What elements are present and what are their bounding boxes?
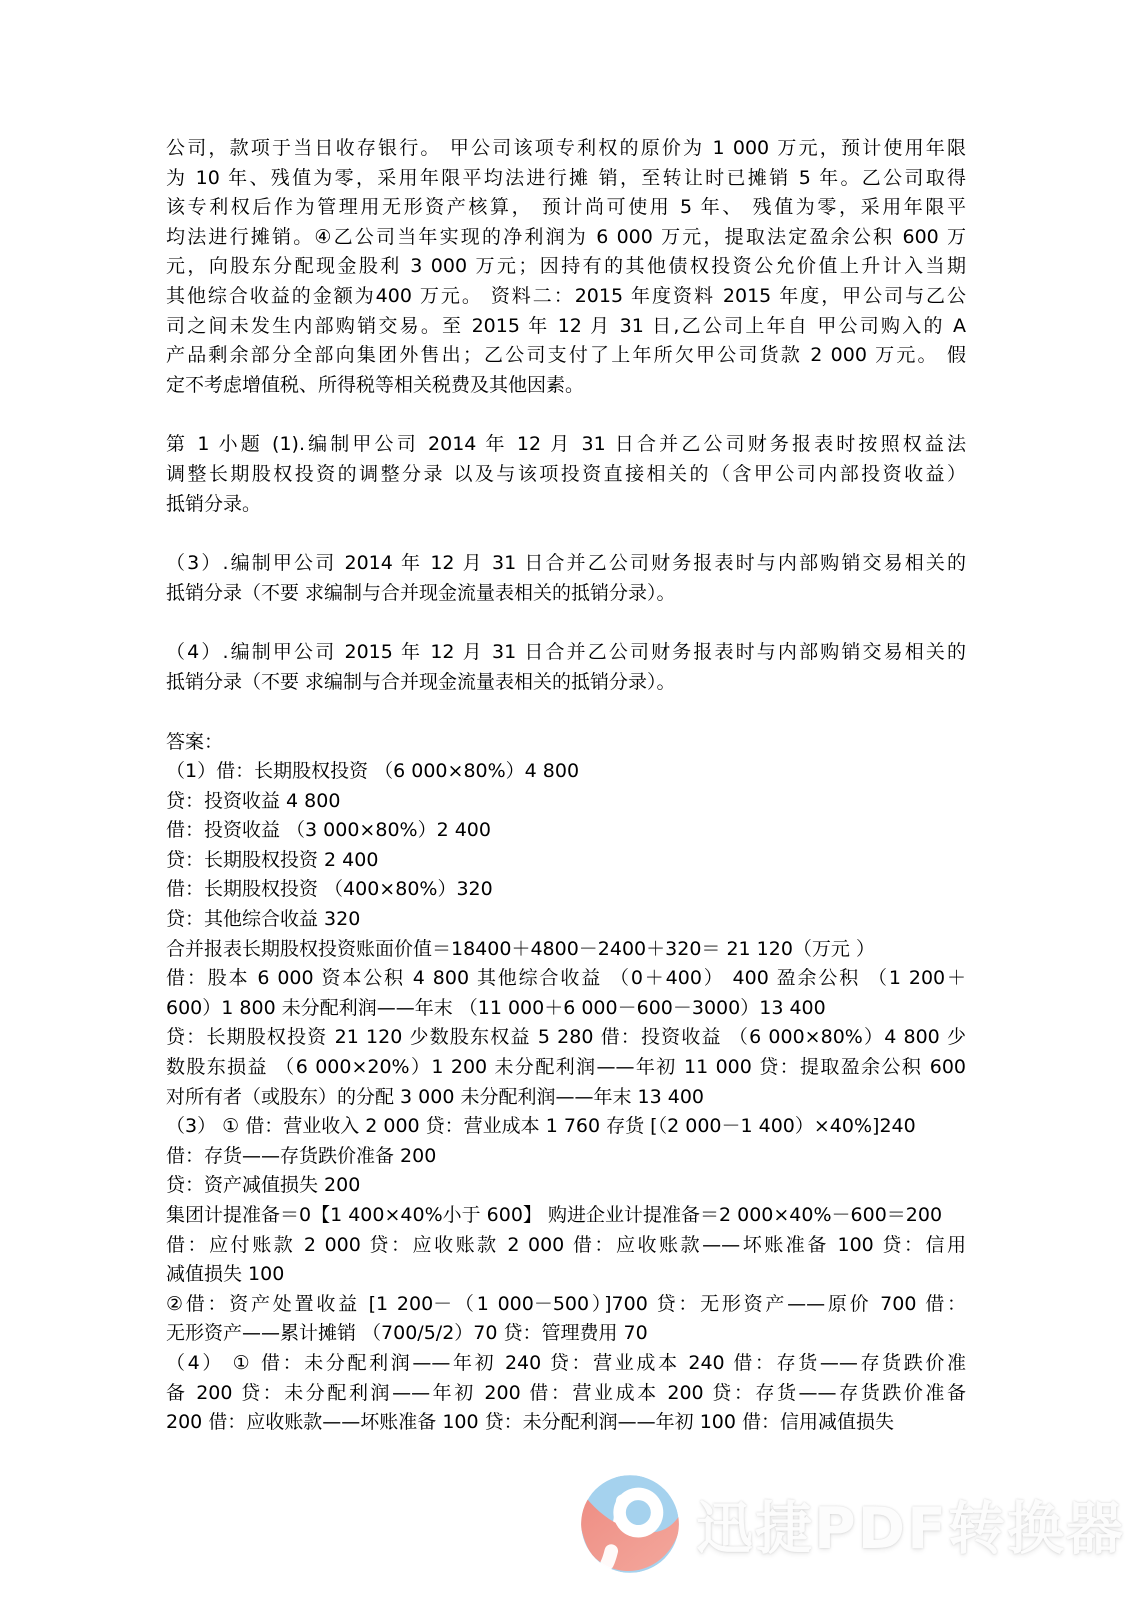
text-line: （3）.编制甲公司 2014 年 12 月 31 日合并乙公司财务报表时与内部购… [166,549,966,579]
text-line: 公司，款项于当日收存银行。 甲公司该项专利权的原价为 1 000 万元，预计使用… [166,134,966,164]
text-line: （4） ① 借：未分配利润——年初 240 贷：营业成本 240 借：存货——存… [166,1349,966,1379]
entry-elimination-equity-debit: 借：股本 6 000 资本公积 4 800 其他综合收益 （0＋400） 400… [166,964,966,1023]
text-line: 借：长期股权投资 （400×80%）320 [166,875,966,905]
text-line: 抵销分录。 [166,490,966,520]
text-line: 合并报表长期股权投资账面价值＝18400＋4800－2400＋320＝ 21 1… [166,935,966,965]
entry-1-debit-ltei: （1）借：长期股权投资 （6 000×80%）4 800 [166,757,966,787]
text-line: （4）.编制甲公司 2015 年 12 月 31 日合并乙公司财务报表时与内部购… [166,638,966,668]
text-line: 产品剩余部分全部向集团外售出；乙公司支付了上年所欠甲公司货款 2 000 万元。… [166,341,966,371]
watermark-brand-text: 迅捷PDF转换器 [696,1483,1125,1565]
text-line: 该专利权后作为管理用无形资产核算， 预计尚可使用 5 年、 残值为零，采用年限平 [166,193,966,223]
text-line: 均法进行摊销。④乙公司当年实现的净利润为 6 000 万元，提取法定盈余公积 6… [166,223,966,253]
text-line: 借：股本 6 000 资本公积 4 800 其他综合收益 （0＋400） 400… [166,964,966,994]
question-1: 第 1 小题 (1).编制甲公司 2014 年 12 月 31 日合并乙公司财务… [166,430,966,519]
answer-heading: 答案： [166,728,966,758]
text-line: 无形资产——累计摊销 （700/5/2）70 贷：管理费用 70 [166,1319,966,1349]
text-line: 对所有者（或股东）的分配 3 000 未分配利润——年末 13 400 [166,1083,966,1113]
text-line: 答案： [166,728,966,758]
text-line: 备 200 贷：未分配利润——年初 200 借：营业成本 200 贷：存货——存… [166,1379,966,1409]
answer-q4-entries: （4） ① 借：未分配利润——年初 240 贷：营业成本 240 借：存货——存… [166,1349,966,1438]
entry-payables-receivables: 借：应付账款 2 000 贷：应收账款 2 000 借：应收账款——坏账准备 1… [166,1231,966,1290]
text-line: 元，向股东分配现金股利 3 000 万元；因持有的其他债权投资公允价值上升计入当… [166,252,966,282]
text-line: 集团计提准备＝0【1 400×40%小于 600】 购进企业计提准备＝2 000… [166,1201,966,1231]
text-line: （3） ① 借：营业收入 2 000 贷：营业成本 1 760 存货 [（2 0… [166,1112,966,1142]
text-line: 借：存货——存货跌价准备 200 [166,1142,966,1172]
text-line: 减值损失 100 [166,1260,966,1290]
pdf-converter-logo-icon [578,1472,682,1576]
answer-q3-entry-1: （3） ① 借：营业收入 2 000 贷：营业成本 1 760 存货 [（2 0… [166,1112,966,1142]
text-line: 贷：长期股权投资 21 120 少数股东权益 5 280 借：投资收益 （6 0… [166,1023,966,1053]
text-line: 贷：其他综合收益 320 [166,905,966,935]
entry-2-credit-ltei: 贷：长期股权投资 2 400 [166,846,966,876]
text-line: ②借：资产处置收益 [1 200－（1 000－500）]700 贷：无形资产—… [166,1290,966,1320]
text-line: 贷：长期股权投资 2 400 [166,846,966,876]
question-4: （4）.编制甲公司 2015 年 12 月 31 日合并乙公司财务报表时与内部购… [166,638,966,697]
calc-provision: 集团计提准备＝0【1 400×40%小于 600】 购进企业计提准备＝2 000… [166,1201,966,1231]
text-line: 600）1 800 未分配利润——年末 （11 000＋6 000－600－30… [166,994,966,1024]
text-line: 抵销分录（不要 求编制与合并现金流量表相关的抵销分录）。 [166,668,966,698]
text-line: 数股东损益 （6 000×20%）1 200 未分配利润——年初 11 000 … [166,1053,966,1083]
text-line: 司之间未发生内部购销交易。至 2015 年 12 月 31 日,乙公司上年自 甲… [166,312,966,342]
document-page: 公司，款项于当日收存银行。 甲公司该项专利权的原价为 1 000 万元，预计使用… [0,0,1131,1600]
question-3: （3）.编制甲公司 2014 年 12 月 31 日合并乙公司财务报表时与内部购… [166,549,966,608]
entry-elimination-equity-credit: 贷：长期股权投资 21 120 少数股东权益 5 280 借：投资收益 （6 0… [166,1023,966,1112]
text-line: 200 借：应收账款——坏账准备 100 贷：未分配利润——年初 100 借：信… [166,1408,966,1438]
text-line: 调整长期股权投资的调整分录 以及与该项投资直接相关的（含甲公司内部投资收益） [166,460,966,490]
pdf-converter-watermark: 迅捷PDF转换器 [578,1472,1125,1576]
calc-book-value: 合并报表长期股权投资账面价值＝18400＋4800－2400＋320＝ 21 1… [166,935,966,965]
text-line: 其他综合收益的金额为400 万元。 资料二：2015 年度资料 2015 年度，… [166,282,966,312]
text-line: 借：投资收益 （3 000×80%）2 400 [166,816,966,846]
answer-q3-entry-2: ②借：资产处置收益 [1 200－（1 000－500）]700 贷：无形资产—… [166,1290,966,1349]
entry-3-debit-ltei: 借：长期股权投资 （400×80%）320 [166,875,966,905]
entry-1-credit-invest-income: 贷：投资收益 4 800 [166,787,966,817]
document-body: 公司，款项于当日收存银行。 甲公司该项专利权的原价为 1 000 万元，预计使用… [166,134,966,1438]
entry-impairment-credit: 贷：资产减值损失 200 [166,1171,966,1201]
text-line: 借：应付账款 2 000 贷：应收账款 2 000 借：应收账款——坏账准备 1… [166,1231,966,1261]
text-line: 抵销分录（不要 求编制与合并现金流量表相关的抵销分录）。 [166,579,966,609]
entry-2-debit-invest-income: 借：投资收益 （3 000×80%）2 400 [166,816,966,846]
text-line: 定不考虑增值税、所得税等相关税费及其他因素。 [166,371,966,401]
entry-inventory-provision-debit: 借：存货——存货跌价准备 200 [166,1142,966,1172]
text-line: 贷：投资收益 4 800 [166,787,966,817]
text-line: 贷：资产减值损失 200 [166,1171,966,1201]
text-line: 为 10 年、残值为零，采用年限平均法进行摊 销，至转让时已摊销 5 年。乙公司… [166,164,966,194]
entry-3-credit-oci: 贷：其他综合收益 320 [166,905,966,935]
text-line: （1）借：长期股权投资 （6 000×80%）4 800 [166,757,966,787]
text-line: 第 1 小题 (1).编制甲公司 2014 年 12 月 31 日合并乙公司财务… [166,430,966,460]
material-paragraph: 公司，款项于当日收存银行。 甲公司该项专利权的原价为 1 000 万元，预计使用… [166,134,966,400]
